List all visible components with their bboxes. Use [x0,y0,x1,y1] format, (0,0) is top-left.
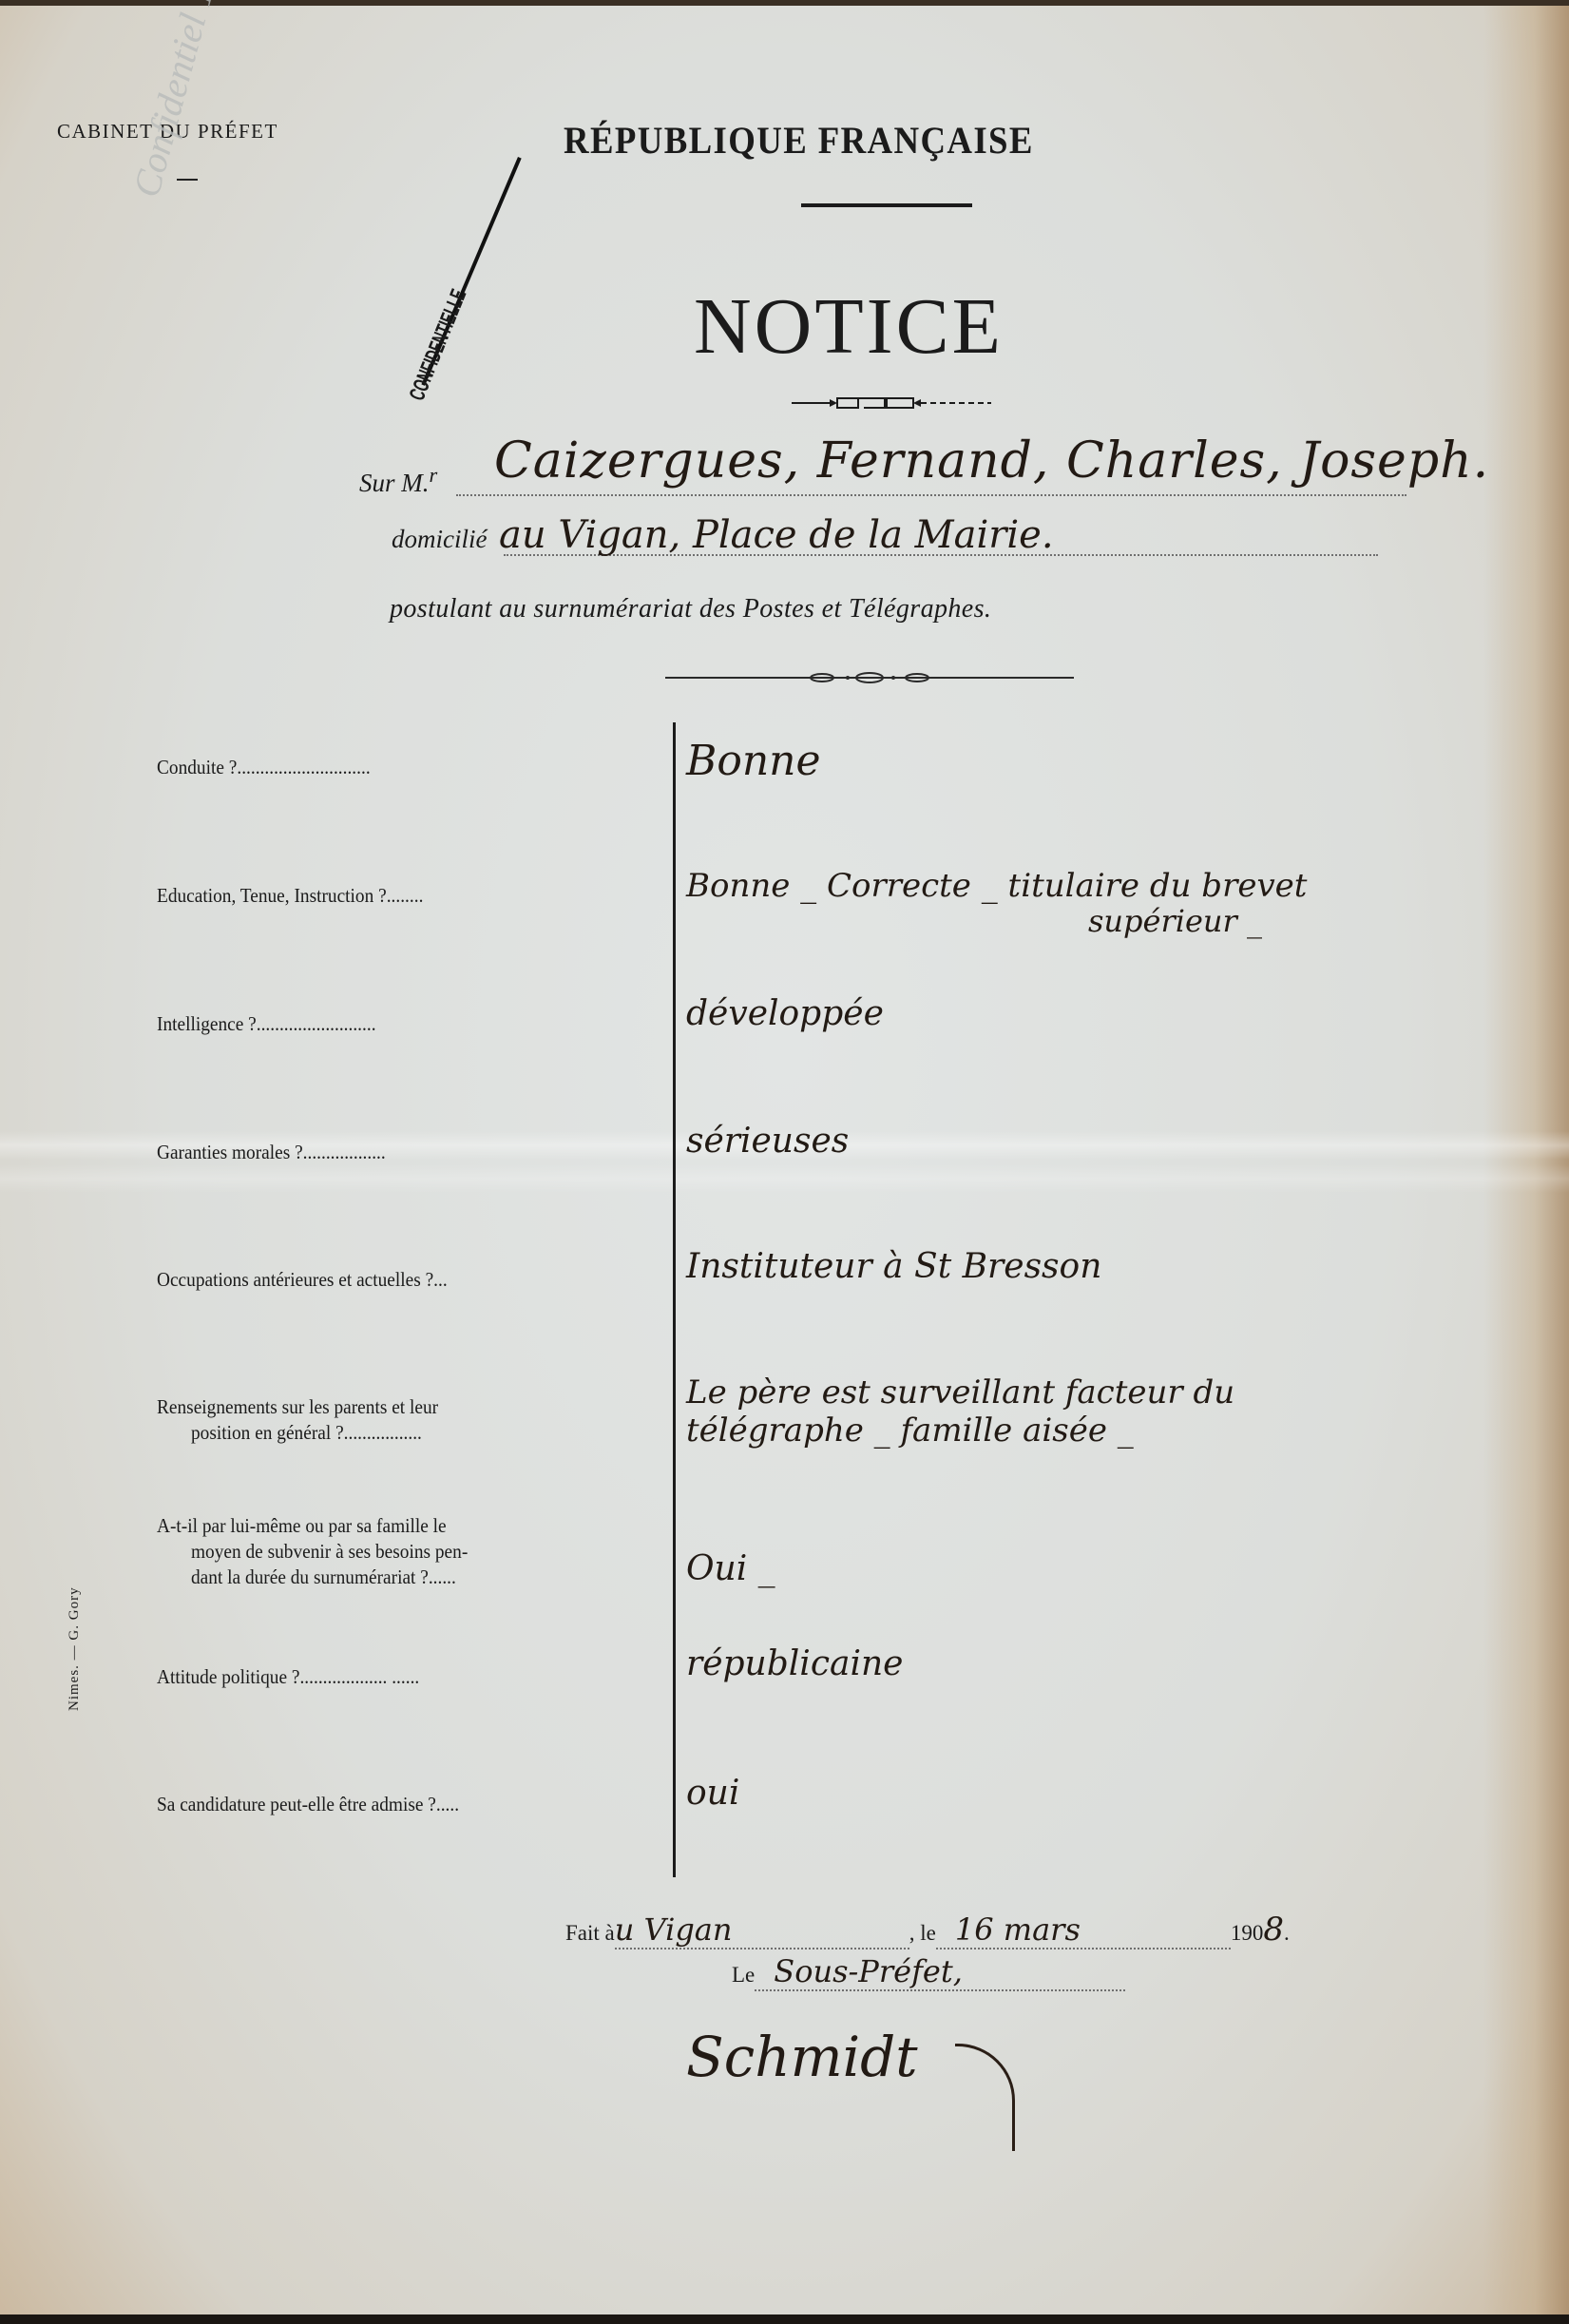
answer-value: développée [686,994,884,1033]
scroll-ornament-icon [665,671,1074,684]
answer-value: sérieuses [686,1122,849,1161]
answer-value-line2: télégraphe _ famille aisée _ [686,1412,1134,1450]
page-title: NOTICE [694,280,1004,373]
answer-value: oui [686,1774,739,1813]
date-value: 16 mars [936,1911,1231,1949]
printer-imprint: Nimes. — G. Gory [67,1586,83,1711]
question-label-line: position en général ?................. [157,1420,593,1446]
answer-value: républicaine [686,1644,903,1683]
scan-border-bottom [0,2314,1569,2324]
place-date-line: Fait àu Vigan, le16 mars1908. [565,1911,1290,1949]
purpose-line: postulant au surnumérariat des Postes et… [390,594,991,624]
greek-key-ornament-icon [792,396,991,410]
question-label: Occupations antérieures et actuelles ?..… [157,1267,593,1293]
place-value: u Vigan [615,1911,909,1949]
question-label: Education, Tenue, Instruction ?........ [157,883,593,909]
heading-rule [801,203,972,207]
paper-edge-stain [1483,0,1569,2324]
stamp-text: CONFIDENTIELLE [404,285,471,404]
year-handwritten: 8 [1263,1911,1284,1949]
signer-title: Sous-Préfet, [755,1953,1125,1991]
question-label-line: Renseignements sur les parents et leur [157,1395,438,1418]
answer-value: Instituteur à St Bresson [686,1247,1101,1286]
column-divider [673,722,676,1877]
question-label: Attitude politique ?................... … [157,1664,593,1690]
subject-name: Caizergues, Fernand, Charles, Joseph. [494,432,1489,490]
subject-label: Sur M.r [359,463,437,498]
answer-value: Bonne [686,737,821,785]
answer-value: Oui _ [686,1549,775,1588]
confidential-stamp: CONFIDENTIELLE [375,157,537,404]
question-label: A-t-il par lui-même ou par sa famille le… [157,1513,593,1590]
year-printed: 190 [1231,1921,1264,1945]
question-label-line: moyen de subvenir à ses besoins pen- [157,1539,593,1565]
answer-value-line2: supérieur _ [1088,903,1262,939]
scan-border-top [0,0,1569,6]
paper-fold-crease [0,1164,1569,1193]
fait-label: Fait à [565,1921,615,1945]
le-label: , le [909,1921,936,1945]
answer-value: Le père est surveillant facteur du [686,1373,1234,1412]
domicile-value: au Vigan, Place de la Mairie. [499,513,1054,557]
question-label: Garanties morales ?.................. [157,1140,593,1165]
question-label-line: dant la durée du surnumérariat ?...... [157,1565,593,1590]
sur-label: Sur M. [359,469,430,497]
signature: Schmidt [686,2025,918,2089]
answer-value: Bonne _ Correcte _ titulaire du brevet [686,867,1307,905]
question-label-line: A-t-il par lui-même ou par sa famille le [157,1514,447,1537]
period: . [1284,1921,1290,1945]
question-label: Intelligence ?.......................... [157,1011,593,1037]
question-label: Renseignements sur les parents et leur p… [157,1394,593,1446]
domicile-label: domicilié [392,525,487,554]
republic-heading: RÉPUBLIQUE FRANÇAISE [564,118,1034,163]
signer-line: LeSous-Préfet, [732,1953,1125,1991]
sur-superscript: r [430,463,438,487]
question-label: Sa candidature peut-elle être admise ?..… [157,1792,593,1817]
question-label: Conduite ?............................. [157,755,593,780]
cabinet-divider [177,179,198,181]
name-fill-line [456,494,1406,496]
signer-label: Le [732,1963,755,1987]
